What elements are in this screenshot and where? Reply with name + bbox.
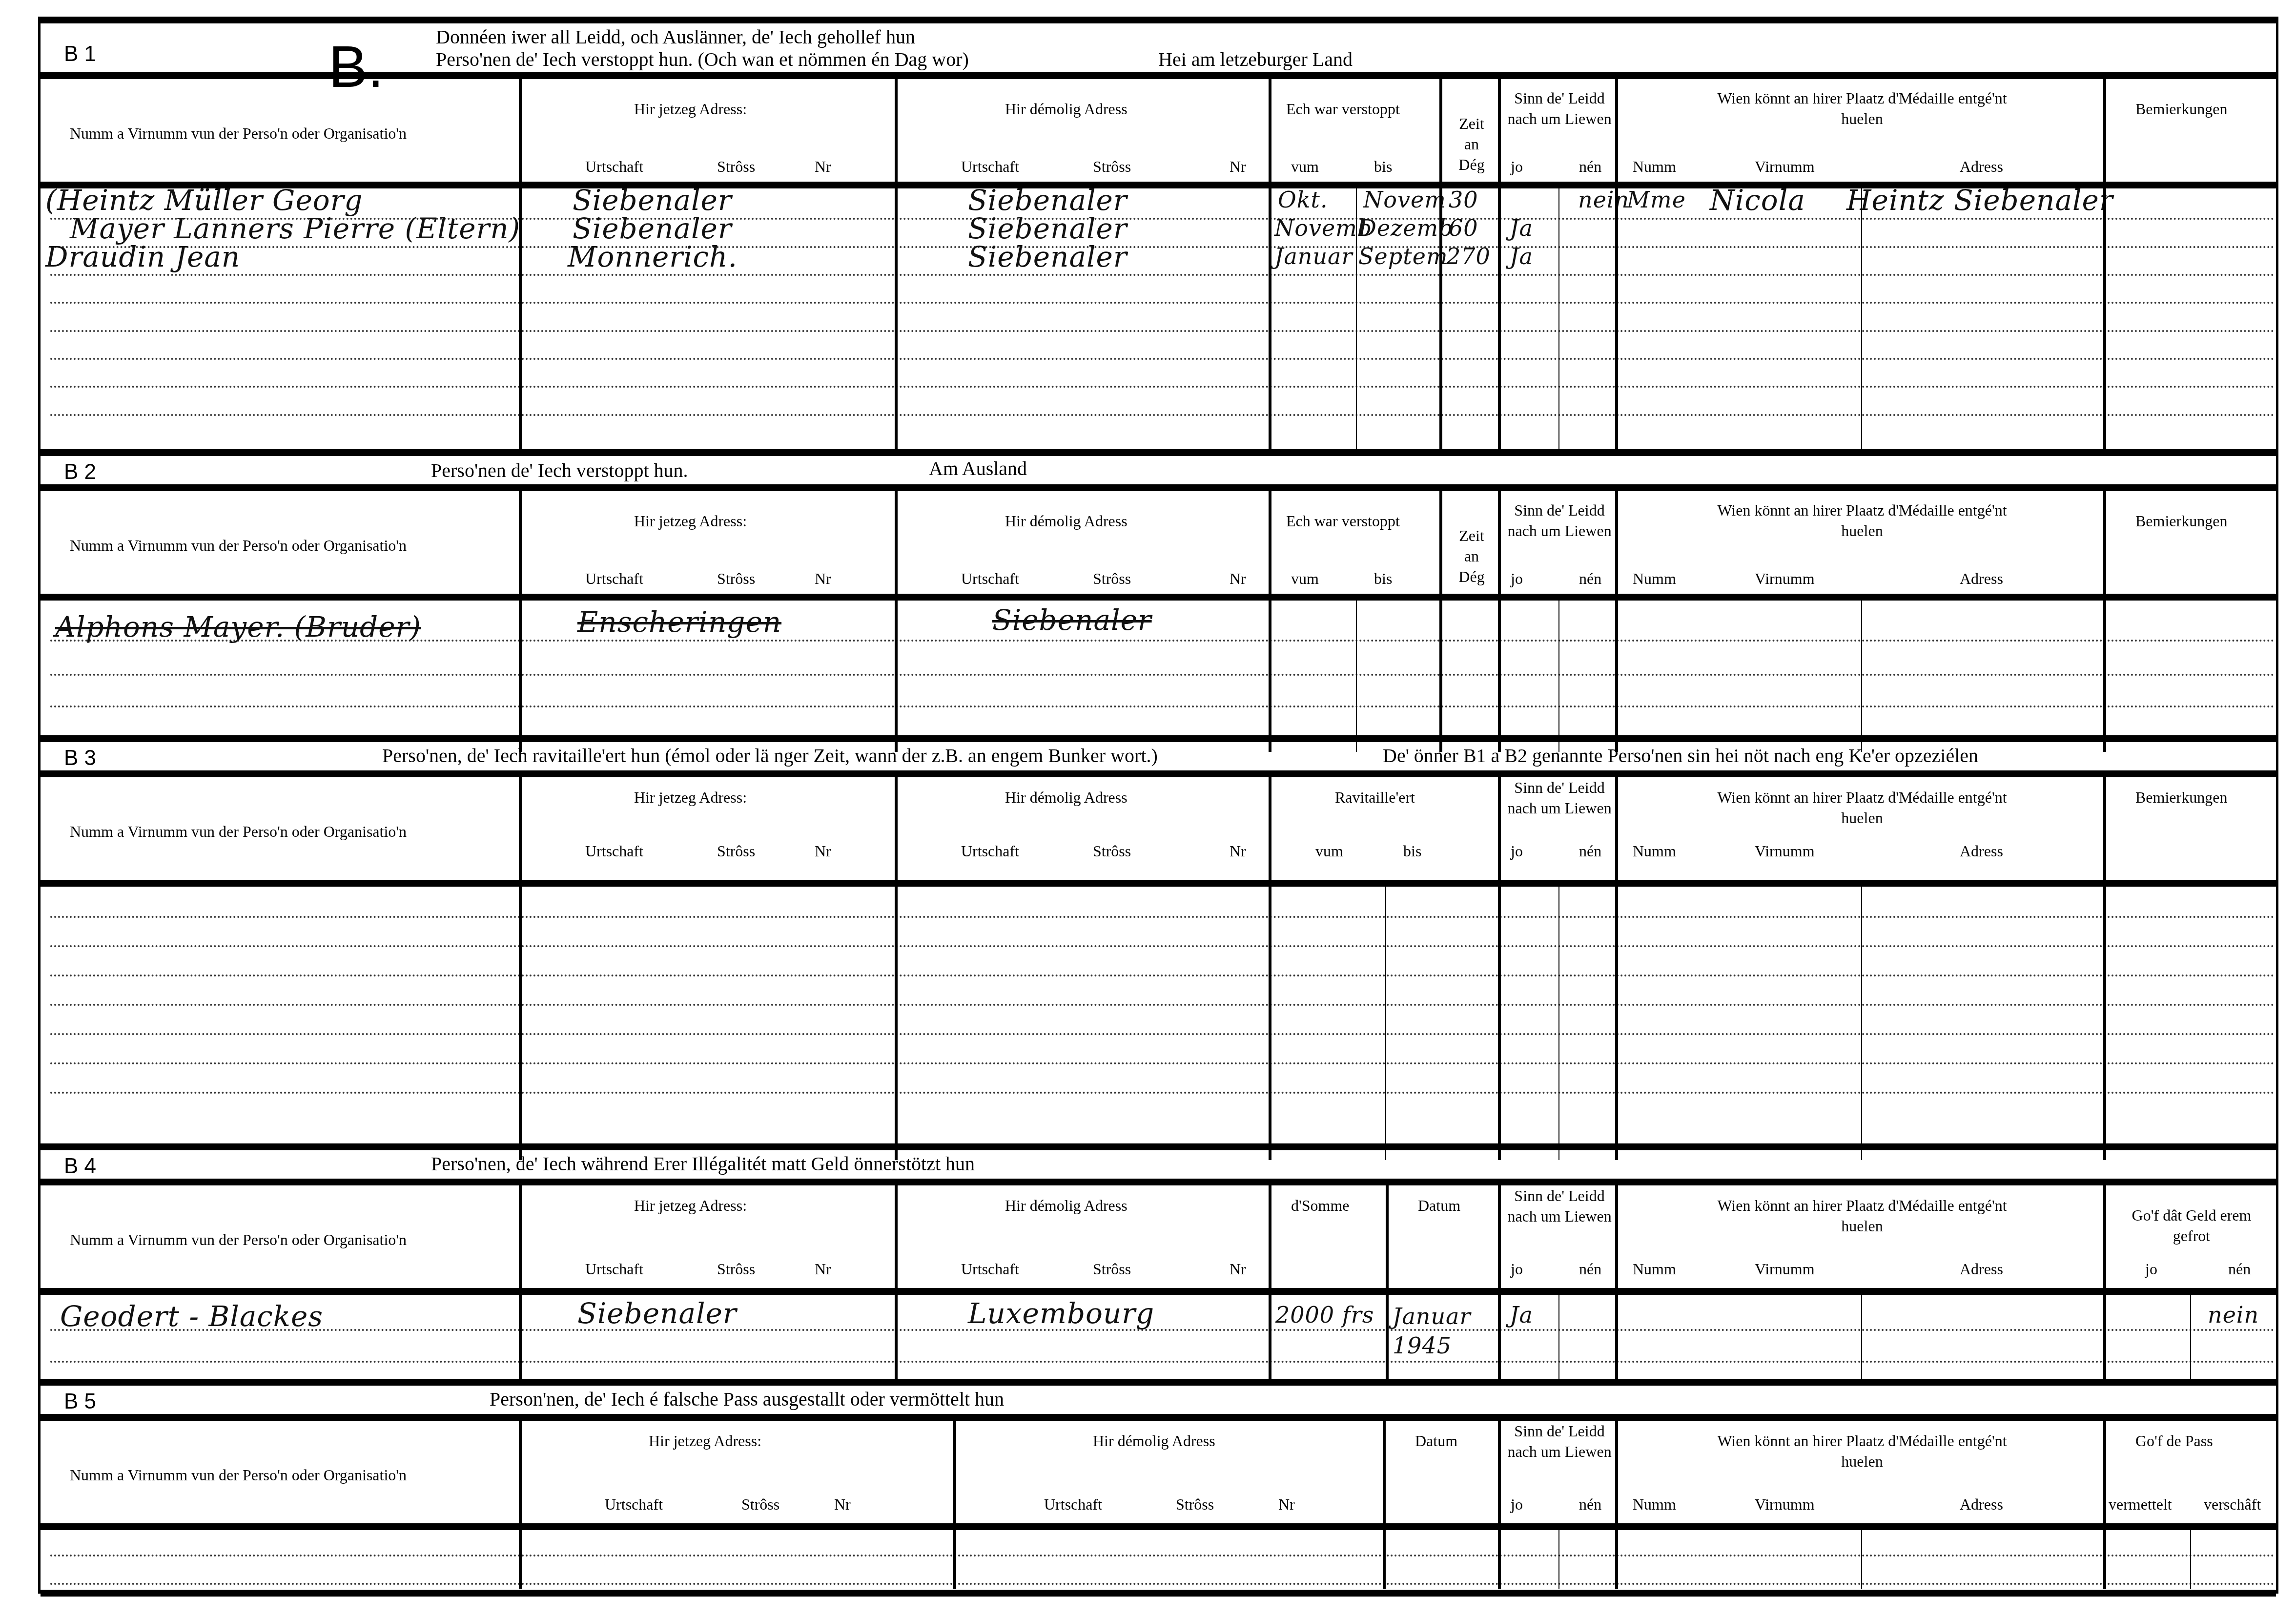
- column-header-row: Numm a Virnumm vun der Perso'n oder Orga…: [41, 777, 2276, 887]
- section-code: B 2: [64, 460, 96, 484]
- section-b2: B 2 Perso'nen de' Iech verstoppt hun. Am…: [41, 449, 2276, 752]
- section-title-suffix: De' önner B1 a B2 genannte Perso'nen sin…: [1383, 744, 1978, 767]
- section-code: B 5: [64, 1390, 96, 1414]
- header-name: Numm a Virnumm vun der Perso'n oder Orga…: [41, 79, 522, 182]
- section-code: B 3: [64, 746, 96, 770]
- section-b5-rows: [41, 1530, 2276, 1589]
- section-b4-rows: Geodert - Blackes Siebenaler Luxembourg …: [41, 1295, 2276, 1383]
- column-header-row: Numm a Virnumm vun der Perso'n oder Orga…: [41, 79, 2276, 188]
- section-code: B 4: [64, 1154, 96, 1179]
- header-former-address: Hir démolig Adress Urtschaft Strôss Nr: [898, 79, 1271, 182]
- section-title-line2: Perso'nen de' Iech verstoppt hun. (Och w…: [436, 48, 969, 71]
- section-title: Perso'nen, de' Iech ravitaille'ert hun (…: [382, 744, 1158, 767]
- header-days: Zeit an Dég: [1442, 79, 1501, 182]
- section-title-suffix: Hei am letzeburger Land: [1158, 48, 1353, 71]
- section-title: Perso'nen de' Iech verstoppt hun.: [431, 459, 688, 482]
- section-b5-title-bar: B 5 Person'nen, de' Iech é falsche Pass …: [41, 1379, 2276, 1421]
- header-still-alive: Sinn de' Leidd nach um Liewen jo nén: [1501, 79, 1618, 182]
- section-b4: B 4 Perso'nen, de' Iech während Erer Ill…: [41, 1143, 2276, 1388]
- column-header-row: Numm a Virnumm vun der Perso'n oder Orga…: [41, 1421, 2276, 1530]
- header-remarks: Bemierkungen: [2106, 79, 2276, 182]
- section-b2-title-bar: B 2 Perso'nen de' Iech verstoppt hun. Am…: [41, 449, 2276, 491]
- section-b1-rows: (Heintz Müller Georg Siebenaler Siebenal…: [41, 188, 2276, 452]
- section-b4-title-bar: B 4 Perso'nen, de' Iech während Erer Ill…: [41, 1143, 2276, 1185]
- resistance-form-section-b: B 1 B. Donnéen iwer all Leidd, och Auslä…: [38, 17, 2278, 1594]
- section-b3-title-bar: B 3 Perso'nen, de' Iech ravitaille'ert h…: [41, 735, 2276, 777]
- section-b5: B 5 Person'nen, de' Iech é falsche Pass …: [41, 1379, 2276, 1594]
- column-header-row: Numm a Virnumm vun der Perso'n oder Orga…: [41, 491, 2276, 601]
- section-b1-title-bar: B 1 B. Donnéen iwer all Leidd, och Auslä…: [41, 17, 2276, 79]
- section-b2-rows: Alphons Mayer. (Bruder) Enscheringen Sie…: [41, 601, 2276, 752]
- column-header-row: Numm a Virnumm vun der Perso'n oder Orga…: [41, 1185, 2276, 1295]
- section-title-suffix: Am Ausland: [929, 457, 1027, 480]
- header-hidden-period: Ech war verstoppt vum bis: [1271, 79, 1442, 182]
- section-title: Person'nen, de' Iech é falsche Pass ausg…: [490, 1388, 1004, 1411]
- section-code: B 1: [64, 42, 96, 66]
- header-current-address: Hir jetzeg Adress: Urtschaft Strôss Nr: [522, 79, 898, 182]
- section-b3-rows: [41, 887, 2276, 1160]
- header-medal-recipient: Wien könnt an hirer Plaatz d'Médaille en…: [1618, 79, 2106, 182]
- section-title: Perso'nen, de' Iech während Erer Illégal…: [431, 1152, 975, 1175]
- section-b3: B 3 Perso'nen, de' Iech ravitaille'ert h…: [41, 735, 2276, 1160]
- section-title-line1: Donnéen iwer all Leidd, och Auslänner, d…: [436, 25, 915, 48]
- section-b1: B 1 B. Donnéen iwer all Leidd, och Auslä…: [41, 17, 2276, 451]
- b4-row1-repaid-nen: nein: [2208, 1302, 2259, 1328]
